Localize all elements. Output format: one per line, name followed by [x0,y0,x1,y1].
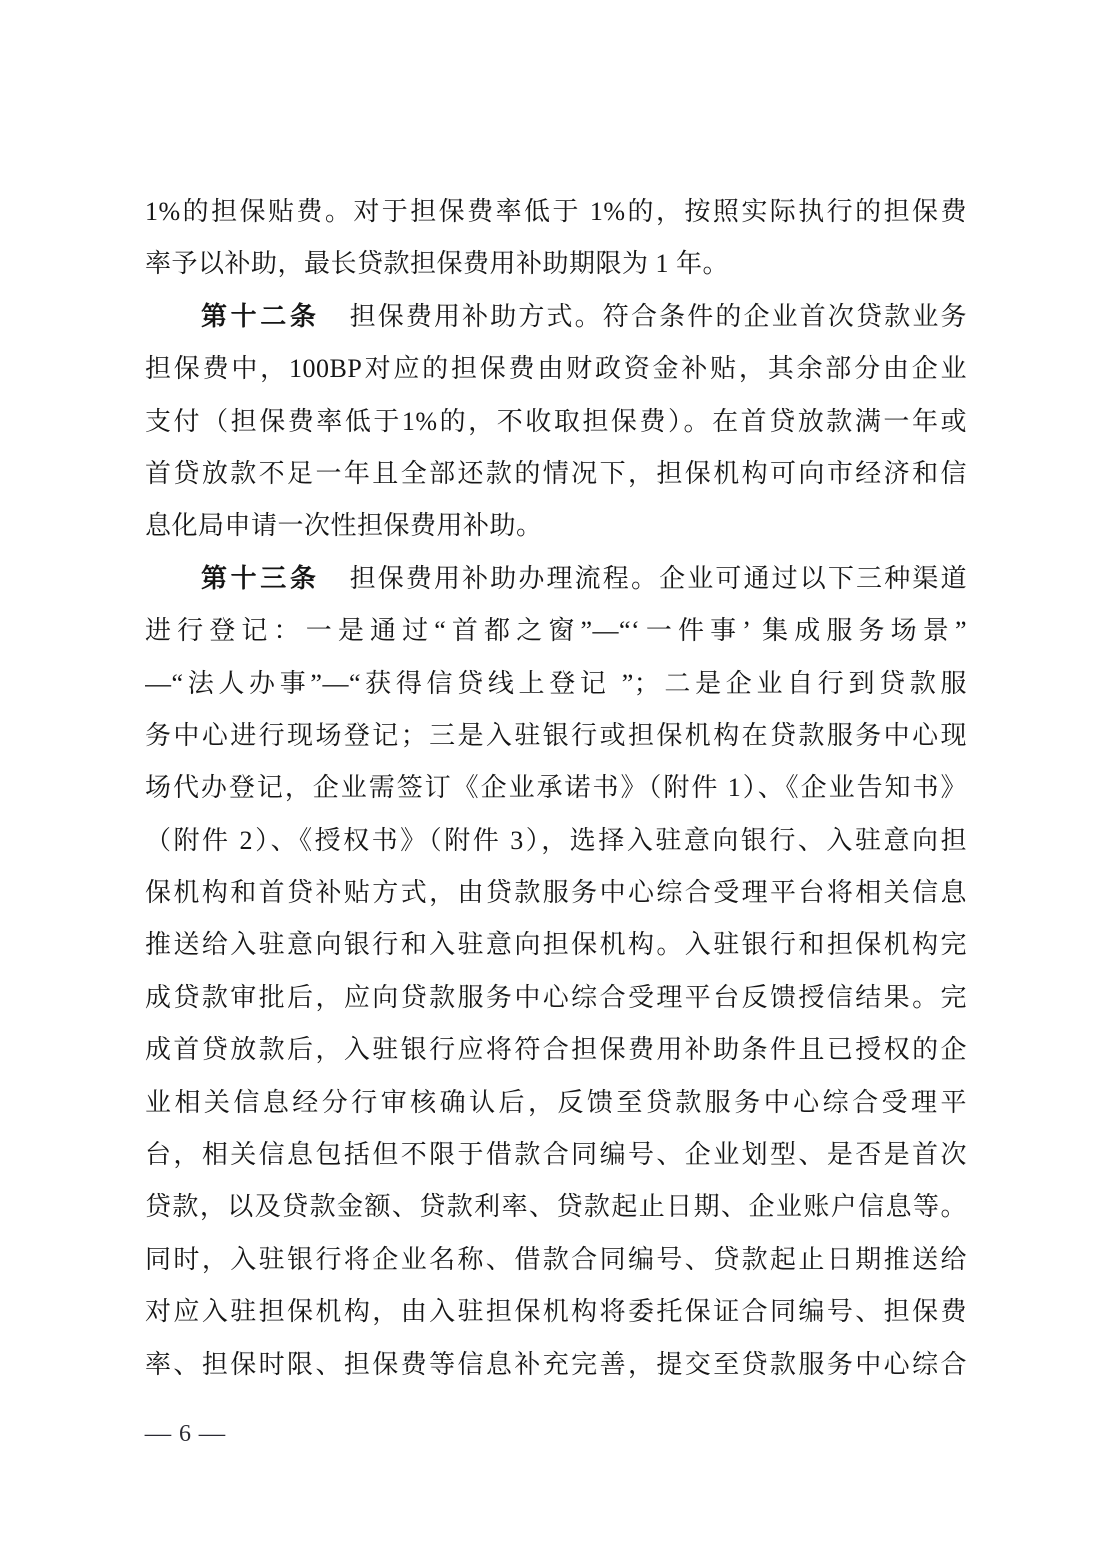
line-text: 同时，入驻银行将企业名称、借款合同编号、贷款起止日期推送给 [145,1245,967,1274]
text-line: —“法人办事”—“获得信贷线上登记 ”；二是企业自行到贷款服 [145,658,967,710]
line-text: 业相关信息经分行审核确认后，反馈至贷款服务中心综合受理平 [145,1088,967,1117]
text-line: 1%的担保贴费。对于担保费率低于 1%的，按照实际执行的担保费 [145,186,967,238]
text-line: （附件 2）、《授权书》（附件 3），选择入驻意向银行、入驻意向担 [145,815,967,867]
text-line: 台，相关信息包括但不限于借款合同编号、企业划型、是否是首次 [145,1129,967,1181]
article-number: 第十三条 [201,564,320,593]
text-line: 进行登记：一是通过“首都之窗”—“‘一件事’ 集成服务场景” [145,605,967,657]
line-text: 率予以补助，最长贷款担保费用补助期限为 1 年。 [145,249,729,278]
line-text: 务中心进行现场登记；三是入驻银行或担保机构在贷款服务中心现 [145,721,967,750]
text-line: 业相关信息经分行审核确认后，反馈至贷款服务中心综合受理平 [145,1077,967,1129]
line-text: 保机构和首贷补贴方式，由贷款服务中心综合受理平台将相关信息 [145,878,967,907]
text-line: 推送给入驻意向银行和入驻意向担保机构。入驻银行和担保机构完 [145,919,967,971]
page-number: 6 [179,1421,191,1448]
line-text: 率、担保时限、担保费等信息补充完善，提交至贷款服务中心综合 [145,1350,967,1379]
text-line: 对应入驻担保机构，由入驻担保机构将委托保证合同编号、担保费 [145,1286,967,1338]
text-line: 场代办登记，企业需签订《企业承诺书》（附件 1）、《企业告知书》 [145,762,967,814]
text-line: 务中心进行现场登记；三是入驻银行或担保机构在贷款服务中心现 [145,710,967,762]
line-text: 进行登记：一是通过“首都之窗”—“‘一件事’ 集成服务场景” [145,616,967,645]
text-line: 成首贷放款后，入驻银行应将符合担保费用补助条件且已授权的企 [145,1024,967,1076]
line-text: 场代办登记，企业需签订《企业承诺书》（附件 1）、《企业告知书》 [145,773,967,802]
line-text: 成首贷放款后，入驻银行应将符合担保费用补助条件且已授权的企 [145,1035,967,1064]
text-line: 担保费中，100BP对应的担保费由财政资金补贴，其余部分由企业 [145,343,967,395]
text-line: 息化局申请一次性担保费用补助。 [145,500,967,552]
document-body: 1%的担保贴费。对于担保费率低于 1%的，按照实际执行的担保费率予以补助，最长贷… [145,186,967,1391]
paragraph: 第十三条担保费用补助办理流程。企业可通过以下三种渠道进行登记：一是通过“首都之窗… [145,553,967,1391]
line-text: 贷款，以及贷款金额、贷款利率、贷款起止日期、企业账户信息等。 [145,1192,967,1221]
line-text: —“法人办事”—“获得信贷线上登记 ”；二是企业自行到贷款服 [145,669,967,698]
line-text: 支付（担保费率低于1%的，不收取担保费）。在首贷放款满一年或 [145,407,967,436]
text-line: 贷款，以及贷款金额、贷款利率、贷款起止日期、企业账户信息等。 [145,1181,967,1233]
line-text: 担保费中，100BP对应的担保费由财政资金补贴，其余部分由企业 [145,354,967,383]
line-text: （附件 2）、《授权书》（附件 3），选择入驻意向银行、入驻意向担 [145,826,967,855]
text-line: 率予以补助，最长贷款担保费用补助期限为 1 年。 [145,238,967,290]
line-text: 担保费用补助办理流程。企业可通过以下三种渠道 [350,564,967,593]
text-line: 支付（担保费率低于1%的，不收取担保费）。在首贷放款满一年或 [145,396,967,448]
footer-left-dash: — [145,1421,171,1448]
line-text: 对应入驻担保机构，由入驻担保机构将委托保证合同编号、担保费 [145,1297,967,1326]
text-line: 第十二条担保费用补助方式。符合条件的企业首次贷款业务 [145,291,967,343]
page-footer: — 6 — [146,1421,224,1448]
footer-right-dash: — [199,1421,225,1448]
line-text: 首贷放款不足一年且全部还款的情况下，担保机构可向市经济和信 [145,459,967,488]
line-text: 推送给入驻意向银行和入驻意向担保机构。入驻银行和担保机构完 [145,930,967,959]
line-text: 1%的担保贴费。对于担保费率低于 1%的，按照实际执行的担保费 [145,197,967,226]
text-line: 同时，入驻银行将企业名称、借款合同编号、贷款起止日期推送给 [145,1234,967,1286]
text-line: 第十三条担保费用补助办理流程。企业可通过以下三种渠道 [145,553,967,605]
text-line: 率、担保时限、担保费等信息补充完善，提交至贷款服务中心综合 [145,1339,967,1391]
line-text: 担保费用补助方式。符合条件的企业首次贷款业务 [350,302,967,331]
line-text: 息化局申请一次性担保费用补助。 [145,511,543,540]
text-line: 成贷款审批后，应向贷款服务中心综合受理平台反馈授信结果。完 [145,972,967,1024]
article-number: 第十二条 [201,302,320,331]
text-line: 保机构和首贷补贴方式，由贷款服务中心综合受理平台将相关信息 [145,867,967,919]
paragraph: 1%的担保贴费。对于担保费率低于 1%的，按照实际执行的担保费率予以补助，最长贷… [145,186,967,291]
paragraph: 第十二条担保费用补助方式。符合条件的企业首次贷款业务担保费中，100BP对应的担… [145,291,967,553]
document-page: 1%的担保贴费。对于担保费率低于 1%的，按照实际执行的担保费率予以补助，最长贷… [0,0,1102,1559]
line-text: 台，相关信息包括但不限于借款合同编号、企业划型、是否是首次 [145,1140,967,1169]
text-line: 首贷放款不足一年且全部还款的情况下，担保机构可向市经济和信 [145,448,967,500]
line-text: 成贷款审批后，应向贷款服务中心综合受理平台反馈授信结果。完 [145,983,967,1012]
